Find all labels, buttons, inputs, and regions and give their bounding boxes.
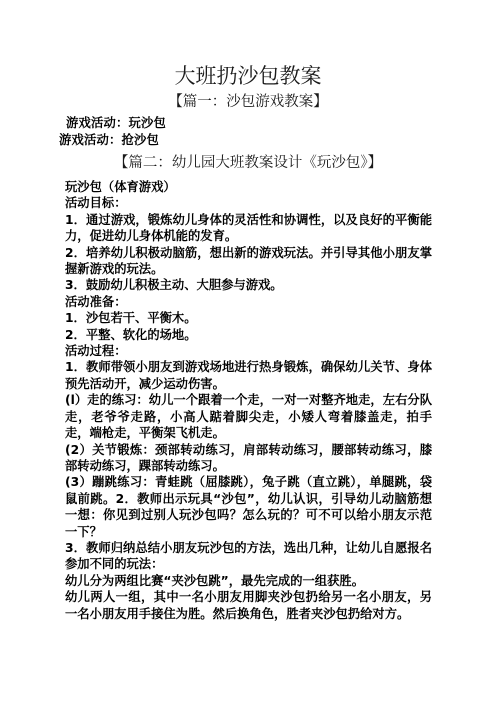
section1-heading: 【篇一：沙包游戏教案】 xyxy=(0,90,496,111)
paragraph: (2）关节锻炼：颈部转动练习，肩部转动练习，腰部转动练习，膝部转动练习，踝部转动… xyxy=(60,442,432,475)
section1-line-1: 游戏活动：玩沙包 xyxy=(66,115,166,131)
paragraph: 活动目标： xyxy=(60,195,432,211)
section2-heading: 【篇二：幼儿园大班教案设计《玩沙包》】 xyxy=(0,151,496,172)
paragraph: 3．鼓励幼儿积极主动、大胆参与游戏。 xyxy=(60,277,432,293)
paragraph: 幼儿两人一组，其中一名小朋友用脚夹沙包扔给另一名小朋友，另一名小朋友用手接住为胜… xyxy=(60,589,432,622)
paragraph: 3．教师归纳总结小朋友玩沙包的方法，选出几种，让幼儿自愿报名参加不同的玩法： xyxy=(60,540,432,573)
paragraph: 2．平整、软化的场地。 xyxy=(60,327,432,343)
paragraph: 1．通过游戏，锻炼幼儿身体的灵活性和协调性，以及良好的平衡能力，促进幼儿身体机能… xyxy=(60,212,432,245)
document-title: 大班扔沙包教案 xyxy=(0,60,496,90)
paragraph: (l）走的练习：幼儿一个跟着一个走，一对一对整齐地走，左右分队走，老爷爷走路，小… xyxy=(60,392,432,441)
paragraph: 2．培养幼儿积极动脑筋，想出新的游戏玩法。并引导其他小朋友掌握新游戏的玩法。 xyxy=(60,245,432,278)
paragraph: 活动准备： xyxy=(60,294,432,310)
paragraph: 幼儿分为两组比赛“夹沙包跳”，最先完成的一组获胜。 xyxy=(60,573,432,589)
document-body: 玩沙包（体育游戏） 活动目标： 1．通过游戏，锻炼幼儿身体的灵活性和协调性，以及… xyxy=(60,179,432,622)
paragraph: 玩沙包（体育游戏） xyxy=(60,179,432,195)
paragraph: 1．沙包若干、平衡木。 xyxy=(60,310,432,326)
paragraph: 活动过程： xyxy=(60,343,432,359)
paragraph: 1．教师带领小朋友到游戏场地进行热身锻炼，确保幼儿关节、身体预先活动开，减少运动… xyxy=(60,359,432,392)
section1-line-2: 游戏活动：抢沙包 xyxy=(59,132,159,148)
paragraph: (3）蹦跳练习：青蛙跳（屈膝跳），兔子跳（直立跳），单腿跳，袋鼠前跳。2．教师出… xyxy=(60,474,432,540)
